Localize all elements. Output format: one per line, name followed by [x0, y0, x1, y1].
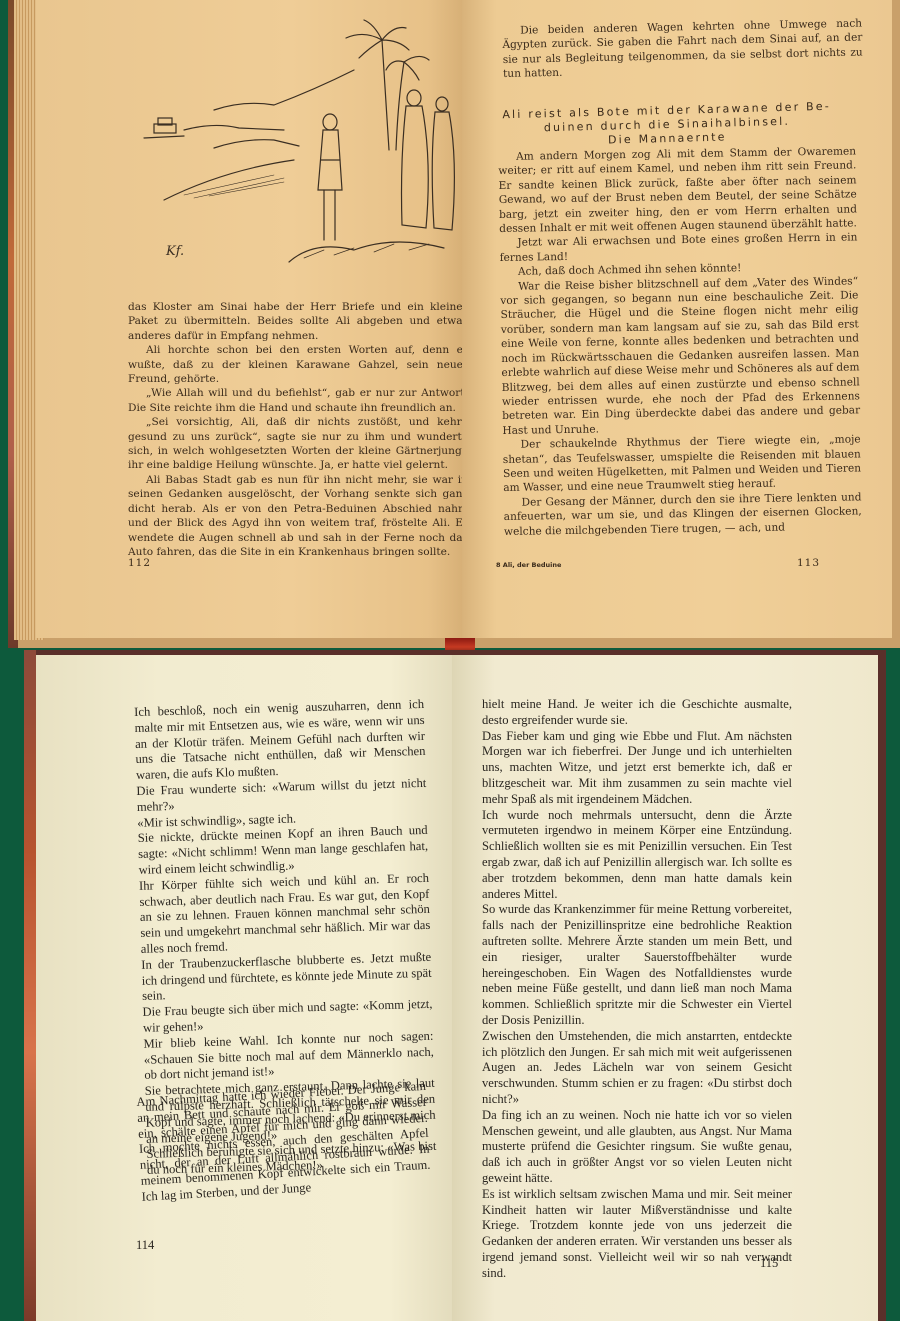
- top-book-right-page: Die beiden anderen Wagen kehrten ohne Um…: [462, 0, 892, 638]
- bottom-book-right-page: hielt meine Hand. Je weiter ich die Gesc…: [452, 655, 878, 1321]
- paragraph: Es ist wirklich seltsam zwischen Mama un…: [482, 1187, 792, 1282]
- paragraph: Sie nickte, drückte meinen Kopf an ihren…: [138, 823, 429, 878]
- paragraph: Ali Babas Stadt gab es nun für ihn nicht…: [128, 473, 468, 559]
- paragraph: „Sei vorsichtig, Ali, daß dir nichts zus…: [128, 415, 468, 473]
- footer-signature: 8 Ali, der Beduine: [496, 561, 561, 569]
- paragraph: Die beiden anderen Wagen kehrten ohne Um…: [502, 16, 863, 81]
- bottom-left-section-text: Am Nachmittag hatte ich wieder Fieber. D…: [136, 1079, 432, 1206]
- paragraph: Mir blieb keine Wahl. Ich konnte nur noc…: [143, 1029, 434, 1084]
- paragraph: War die Reise bisher blitzschnell auf de…: [500, 274, 860, 438]
- top-right-body-text: Am andern Morgen zog Ali mit dem Stamm d…: [498, 144, 862, 539]
- paragraph: Am andern Morgen zog Ali mit dem Stamm d…: [498, 144, 857, 236]
- page-number: 115: [760, 1256, 778, 1271]
- bottom-book-cover-edge: [24, 650, 36, 1321]
- paragraph: Am Nachmittag hatte ich wieder Fieber. D…: [136, 1079, 432, 1206]
- paragraph: Ali horchte schon bei den ersten Worten …: [128, 343, 468, 386]
- bottom-right-body-text: hielt meine Hand. Je weiter ich die Gesc…: [482, 697, 792, 1281]
- desert-illustration-icon: Kf.: [124, 0, 464, 280]
- page-number: 112: [128, 557, 151, 569]
- paragraph: Ich beschloß, noch ein wenig auszuharren…: [134, 697, 426, 784]
- paragraph: In der Traubenzuckerflasche blubberte es…: [141, 950, 432, 1005]
- paragraph: hielt meine Hand. Je weiter ich die Gesc…: [482, 697, 792, 729]
- page-number: 113: [797, 557, 820, 569]
- paragraph: Der Gesang der Männer, durch den sie ihr…: [503, 490, 862, 539]
- chapter-heading: Ali reist als Bote mit der Karawane der …: [502, 100, 833, 151]
- bottom-book-left-page: Ich beschloß, noch ein wenig auszuharren…: [36, 655, 452, 1321]
- top-right-intro-text: Die beiden anderen Wagen kehrten ohne Um…: [502, 16, 863, 81]
- page-number: 114: [136, 1238, 154, 1253]
- paragraph: Da fing ich an zu weinen. Noch nie hatte…: [482, 1108, 792, 1187]
- paragraph: Das Fieber kam und ging wie Ebbe und Flu…: [482, 729, 792, 808]
- paragraph: das Kloster am Sinai habe der Herr Brief…: [128, 300, 468, 343]
- paragraph: Zwischen den Umstehenden, die mich ansta…: [482, 1029, 792, 1108]
- top-left-body-text: das Kloster am Sinai habe der Herr Brief…: [128, 300, 468, 559]
- paragraph: Ihr Körper fühlte sich weich und kühl an…: [139, 871, 431, 958]
- paragraph: Der schaukelnde Rhythmus der Tiere wiegt…: [503, 432, 862, 495]
- paragraph: „Wie Allah will und du befiehlst“, gab e…: [128, 386, 468, 415]
- top-book-left-page: Kf. das Kloster am Sinai habe der Herr B…: [36, 0, 462, 638]
- svg-text:Kf.: Kf.: [165, 244, 184, 259]
- paragraph: So wurde das Krankenzimmer für meine Ret…: [482, 902, 792, 1028]
- paragraph: Ich wurde noch mehrmals untersucht, denn…: [482, 808, 792, 903]
